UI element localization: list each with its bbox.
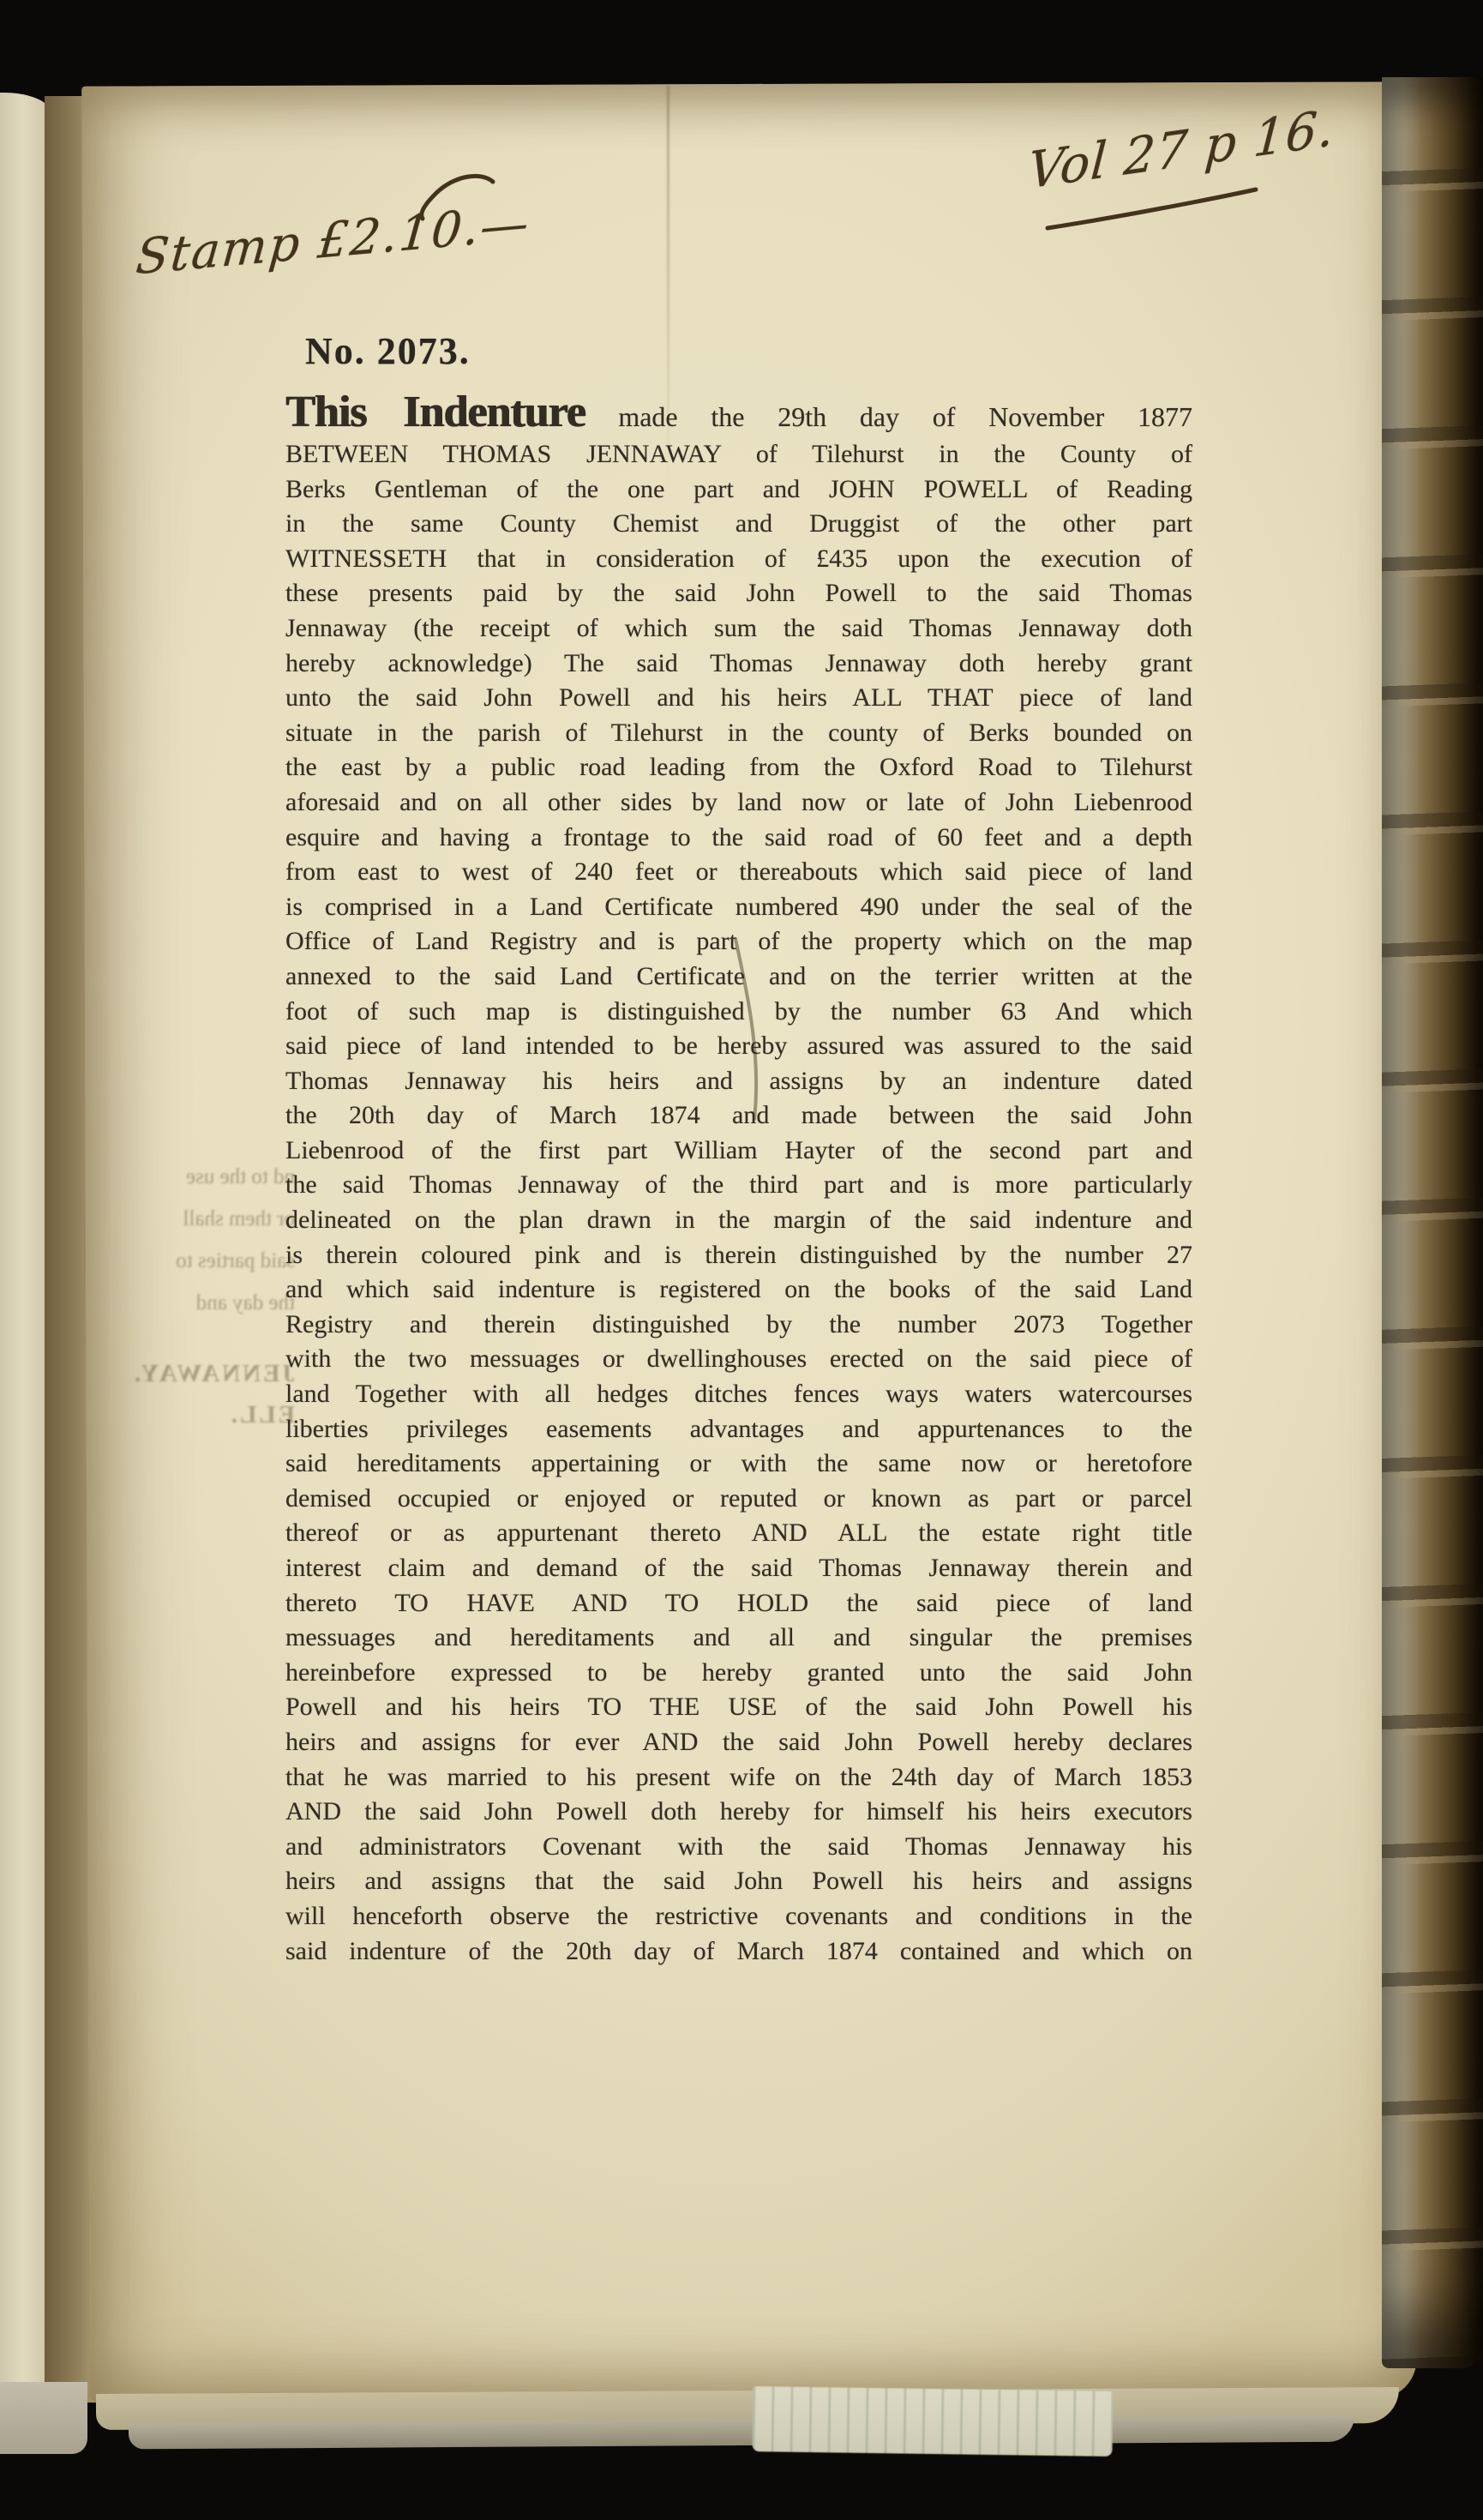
deed-line: unto the said John Powell and his heirs … — [285, 681, 1192, 716]
deed-line: Liebenrood of the first part William Hay… — [285, 1134, 1192, 1169]
deed-line: heirs and assigns for ever AND the said … — [285, 1725, 1192, 1760]
deed-line: that he was married to his present wife … — [285, 1760, 1192, 1795]
deed-line: the said Thomas Jennaway of the third pa… — [285, 1168, 1192, 1203]
show-through-caps: JENNAWAY.ELL. — [105, 1353, 295, 1435]
deed-line: AND the said John Powell doth hereby for… — [285, 1795, 1192, 1830]
deed-body-text: This Indenture made the 29th day of Nove… — [285, 388, 1192, 1969]
book-page-stack-edge — [1382, 77, 1483, 2368]
deed-line: BETWEEN THOMAS JENNAWAY of Tilehurst in … — [285, 437, 1192, 472]
deed-line: Berks Gentleman of the one part and JOHN… — [285, 472, 1192, 508]
deed-line: WITNESSETH that in consideration of £435… — [285, 542, 1192, 577]
deed-line: messuages and hereditaments and all and … — [285, 1621, 1192, 1656]
deed-opening-line: This Indenture made the 29th day of Nove… — [285, 388, 1192, 437]
deed-line: hereby acknowledge) The said Thomas Jenn… — [285, 647, 1192, 682]
deed-line: said piece of land intended to be hereby… — [285, 1029, 1192, 1064]
deed-line: aforesaid and on all other sides by land… — [285, 785, 1192, 821]
deed-line: situate in the parish of Tilehurst in th… — [285, 716, 1192, 751]
deed-line: Jennaway (the receipt of which sum the s… — [285, 611, 1192, 647]
deed-line: delineated on the plan drawn in the marg… — [285, 1203, 1192, 1238]
deed-line: foot of such map is distinguished by the… — [285, 995, 1192, 1030]
deed-line: hereinbefore expressed to be hereby gran… — [285, 1656, 1192, 1691]
deed-line: heirs and assigns that the said John Pow… — [285, 1864, 1192, 1899]
deed-line: thereof or as appurtenant thereto AND AL… — [285, 1516, 1192, 1551]
deed-line: esquire and having a frontage to the sai… — [285, 821, 1192, 856]
deed-line: Powell and his heirs TO THE USE of the s… — [285, 1690, 1192, 1725]
show-through-caps-line: JENNAWAY. — [105, 1353, 295, 1394]
deed-line: these presents paid by the said John Pow… — [285, 576, 1192, 611]
deed-lines: BETWEEN THOMAS JENNAWAY of Tilehurst in … — [285, 437, 1192, 1969]
deed-line: with the two messuages or dwellinghouses… — [285, 1342, 1192, 1377]
deed-line: annexed to the said Land Certificate and… — [285, 959, 1192, 995]
deed-line: in the same County Chemist and Druggist … — [285, 507, 1192, 542]
deed-line: the east by a public road leading from t… — [285, 750, 1192, 785]
deed-line: is comprised in a Land Certificate numbe… — [285, 890, 1192, 925]
deed-opening-gothic: This Indenture — [285, 388, 585, 436]
show-through-caps-line: ELL. — [105, 1394, 295, 1435]
deed-line: thereto TO HAVE AND TO HOLD the said pie… — [285, 1586, 1192, 1621]
show-through-line: nd to the use — [105, 1156, 295, 1198]
deed-line: liberties privileges easements advantage… — [285, 1412, 1192, 1447]
show-through-line: the day and — [105, 1282, 295, 1324]
show-through-line: said parties to — [105, 1240, 295, 1282]
deed-line: the 20th day of March 1874 and made betw… — [285, 1098, 1192, 1134]
deed-line: and which said indenture is registered o… — [285, 1272, 1192, 1308]
deed-line: Office of Land Registry and is part of t… — [285, 924, 1192, 959]
show-through-lines: nd to the useor them shallsaid parties t… — [105, 1156, 295, 1324]
deed-line: is therein coloured pink and is therein … — [285, 1238, 1192, 1273]
deed-line: Registry and therein distinguished by th… — [285, 1308, 1192, 1343]
show-through-text: nd to the useor them shallsaid parties t… — [105, 1156, 295, 1435]
deed-line: Thomas Jennaway his heirs and assigns by… — [285, 1064, 1192, 1099]
deed-line: demised occupied or enjoyed or reputed o… — [285, 1482, 1192, 1517]
photographed-deed-page: { "annotations": { "volume_ref": "Vol 27… — [0, 0, 1483, 2520]
deed-line: said indenture of the 20th day of March … — [285, 1934, 1192, 1970]
under-page-corner — [0, 2382, 87, 2454]
deed-opening-rest: made the 29th day of November 1877 — [618, 401, 1192, 432]
facing-page-edge — [0, 93, 50, 2452]
deed-line: land Together with all hedges ditches fe… — [285, 1377, 1192, 1412]
paper-fragment — [752, 2386, 1113, 2457]
deed-line: said hereditaments appertaining or with … — [285, 1446, 1192, 1482]
document-number: No. 2073. — [305, 329, 471, 373]
show-through-line: or them shall — [105, 1198, 295, 1240]
deed-line: from east to west of 240 feet or thereab… — [285, 855, 1192, 890]
deed-line: and administrators Covenant with the sai… — [285, 1830, 1192, 1865]
deed-line: interest claim and demand of the said Th… — [285, 1551, 1192, 1586]
deed-line: will henceforth observe the restrictive … — [285, 1899, 1192, 1934]
